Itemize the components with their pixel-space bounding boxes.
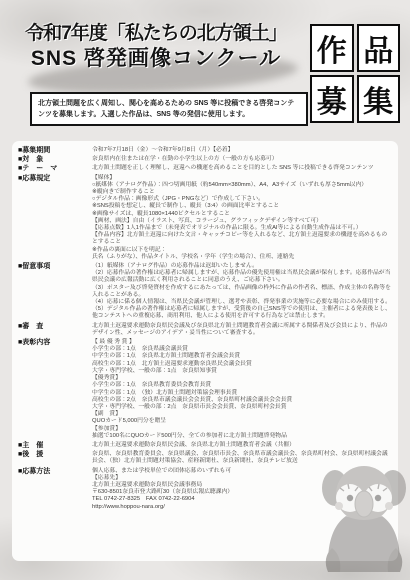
page-title-line2: SNS 啓発画像コンクール [6,46,306,72]
section-text-line: 令和7年7月18日（金）〜令和7年9月8日（月）【必着】 [92,147,392,154]
section-text-line: 北方領土問題を正しく理解し、返還への機運を高めることを目的とした SNS 等に投… [92,165,392,172]
section-body: （1）紙媒体（アナログ作品）の応募作品は返却いたしません。（2）応募作品の著作権… [92,263,392,321]
badge-char: 募 [310,75,354,123]
section-label: ■テ ー マ [18,165,92,172]
section-row-shusai: ■主 催北方領土返還要求運動奈良県民会議、奈良県北方領土問題教育者会議（共催） [18,442,392,449]
section-text-line: ※画像サイズは、縦長1080×1440ピクセルとすること [92,211,392,218]
section-text-line: 【媒体】 [92,175,392,182]
section-text-line: 中学生の部：1点 （独）北方領土問題対策協会理事長賞 [92,390,392,397]
badge-char: 品 [357,24,401,72]
sakuhin-boshu-badge: 作 品 募 集 [310,24,400,114]
section-text-line: 高校生の部：2点 奈良県市議会議長会会長賞、奈良県町村議会議長会会長賞 [92,397,392,404]
section-label: ■応募方法 [18,468,92,511]
section-label: ■留意事項 [18,263,92,321]
section-body: 北方領土問題を正しく理解し、返還への機運を高めることを目的とした SNS 等に投… [92,165,392,172]
section-body: 奈良県内在住または在学・在勤の小学生以上の方（一般の方も応募可） [92,156,392,163]
section-row-hyosho: ■表彰内容【 最 優 秀 賞 】小学生の部：1点 奈良県議会議長賞中学生の部：1… [18,339,392,440]
section-body: 北方領土返還要求運動奈良県民会議及び奈良県北方領土問題教育者会議に所属する関係者… [92,323,392,337]
section-text-line: 【作品内容】北方領土返還に向けた文言・キャッチコピー等を入れるなど、北方領土返還… [92,232,392,246]
page-title: 令和7年度「私たちの北方領土」 SNS 啓発画像コンクール [6,22,306,72]
owl-mascot-illustration [322,454,406,572]
badge-char: 集 [357,75,401,123]
section-text-line: 北方領土返還要求運動奈良県民会議及び奈良県北方領土問題教育者会議に所属する関係者… [92,323,392,337]
section-label: ■応募規定 [18,175,92,261]
section-text-line: 北方領土返還要求運動奈良県民会議、奈良県北方領土問題教育者会議（共催） [92,442,392,449]
section-label: ■後 援 [18,451,92,465]
section-label: ■募集期間 [18,147,92,154]
section-text-line: 氏名（ふりがな）、作品タイトル、学校名・学年（学生の場合）、住所、連絡先 [92,254,392,261]
owl-beak [355,491,373,517]
section-text-line: 大学・専門学校、一般の部：1点 奈良県知事賞 [92,368,392,375]
section-text-line: 抽選で100名にQUOカード500円分、全ての参加者に北方領土問題啓発物品 [92,433,392,440]
owl-left-eye [347,495,353,501]
section-label: ■主 催 [18,442,92,449]
section-body: 【媒体】○紙媒体（アナログ作品）：四つ切画用紙（約540mm×380mm）、A4… [92,175,392,261]
section-row-theme: ■テ ー マ北方領土問題を正しく理解し、返還への機運を高めることを目的とした S… [18,165,392,172]
section-text-line: 小学生の部：1点 奈良県教育委員会教育長賞 [92,382,392,389]
section-text-line: ※作品の裏面に以下を明記： [92,247,392,254]
owl-left-blush [335,502,343,510]
badge-char: 作 [310,24,354,72]
section-text-line: QUOカード5,000円分を贈呈 [92,418,392,425]
section-body: 令和7年7月18日（金）〜令和7年9月8日（月）【必着】 [92,147,392,154]
section-row-shinsa: ■審 査北方領土返還要求運動奈良県民会議及び奈良県北方領土問題教育者会議に所属す… [18,323,392,337]
section-row-ryui: ■留意事項（1）紙媒体（アナログ作品）の応募作品は返却いたしません。（2）応募作… [18,263,392,321]
section-text-line: ○紙媒体（アナログ作品）：四つ切画用紙（約540mm×380mm）、A4、A3サ… [92,182,392,189]
section-text-line: 高校生の部：1点 北方領土返還要求運動奈良県民会議会長賞 [92,361,392,368]
section-label: ■表彰内容 [18,339,92,440]
section-row-taisho: ■対 象奈良県内在住または在学・在勤の小学生以上の方（一般の方も応募可） [18,156,392,163]
section-row-kitei: ■応募規定【媒体】○紙媒体（アナログ作品）：四つ切画用紙（約540mm×380m… [18,175,392,261]
section-body: 【 最 優 秀 賞 】小学生の部：1点 奈良県議会議長賞中学生の部：1点 奈良県… [92,339,392,440]
section-text-line: （3）ポスター及び啓発資材を作成するにあたっては、作品画像の枠外に作品の作者名、… [92,285,392,299]
section-text-line: （2）応募作品の著作権は応募者に帰属しますが、応募作品の優先使用権は当県民会議が… [92,270,392,284]
section-text-line: 奈良県内在住または在学・在勤の小学生以上の方（一般の方も応募可） [92,156,392,163]
poster-page: 令和7年度「私たちの北方領土」 SNS 啓発画像コンクール 作 品 募 集 北方… [0,0,410,580]
page-title-line1: 令和7年度「私たちの北方領土」 [6,22,306,46]
section-text-line: ※SNS投稿を想定し、縦長で制作し、縦長（3:4）の画面比率とすること [92,203,392,210]
section-text-line: 【参加賞】 [92,426,392,433]
section-row-kikan: ■募集期間令和7年7月18日（金）〜令和7年9月8日（月）【必着】 [18,147,392,154]
owl-right-eye [375,495,381,501]
section-text-line: 【画材、画法】自由（イラスト、写真、コラージュ、グラフィックデザイン等すべて可） [92,218,392,225]
section-body: 北方領土返還要求運動奈良県民会議、奈良県北方領土問題教育者会議（共催） [92,442,392,449]
section-label: ■対 象 [18,156,92,163]
owl-right-blush [385,502,393,510]
section-text-line: 中学生の部：1点 奈良県北方領土問題教育者会議会長賞 [92,353,392,360]
section-label: ■審 査 [18,323,92,337]
section-text-line: 大学・専門学校、一般の部：2点 奈良県市長会会長賞、奈良県町村会長賞 [92,404,392,411]
intro-box: 北方領土問題を広く周知し、関心を高めるための SNS 等に投稿できる啓発コンテン… [30,92,308,126]
section-text-line: （5）デジタル作品の著作権は応募者に帰属しますが、受賞後の自己SNS等での使用は… [92,306,392,320]
